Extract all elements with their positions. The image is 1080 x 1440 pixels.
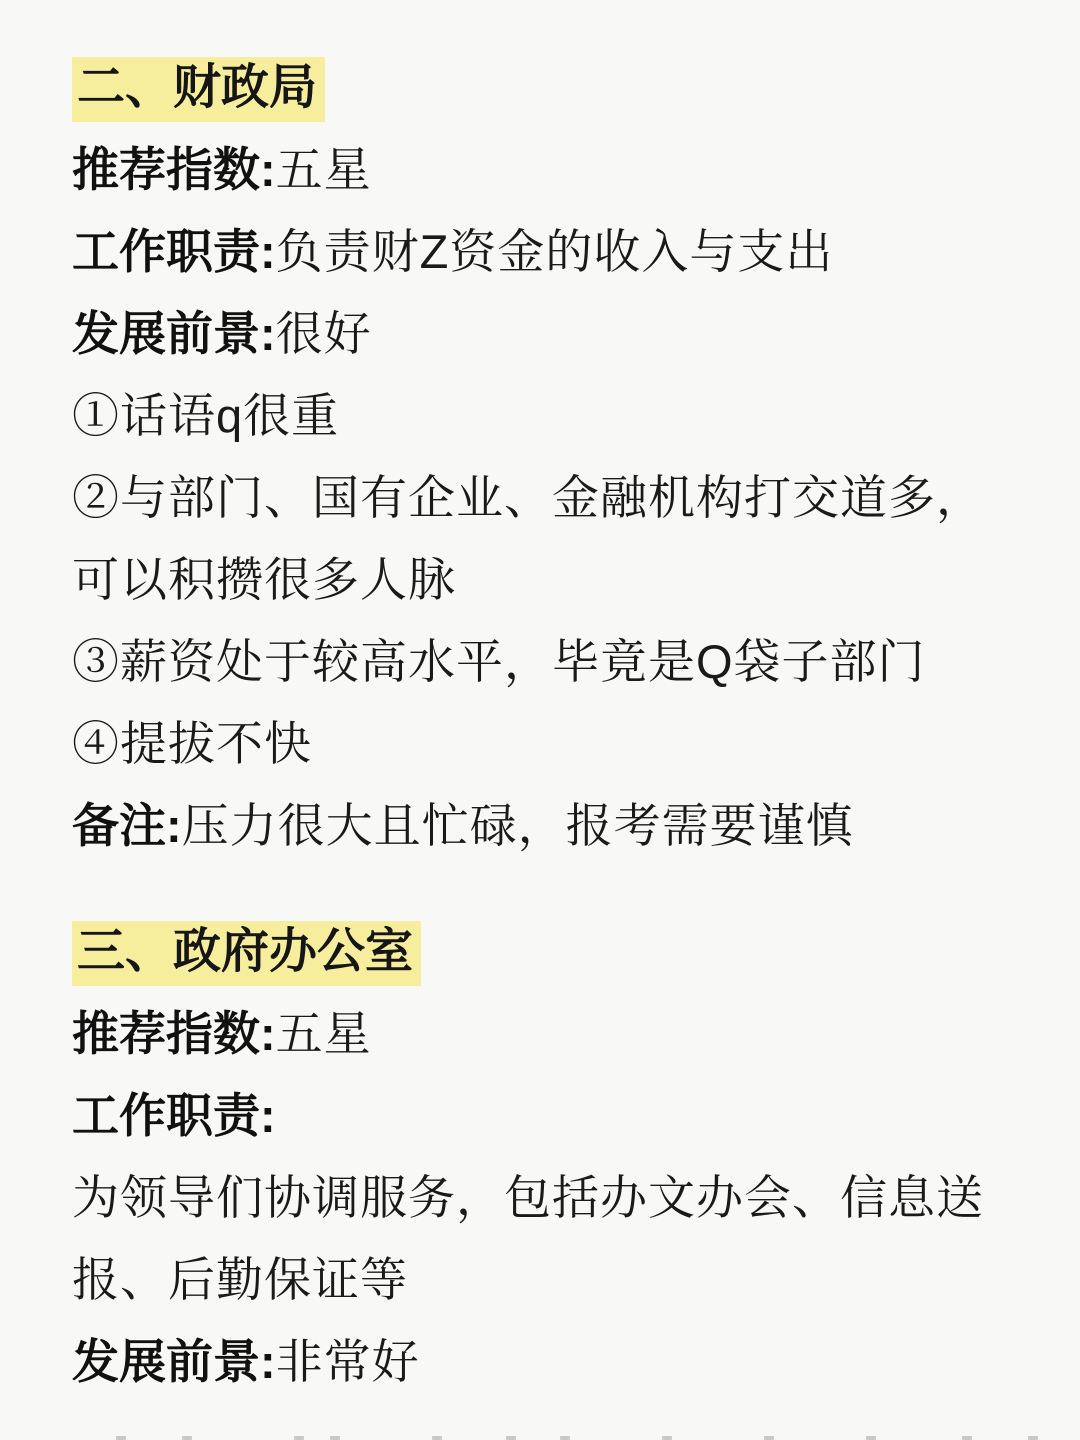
body-text: 为领导们协调服务，包括办文办会、信息送 bbox=[72, 1171, 984, 1224]
field-value: 五星 bbox=[276, 1007, 372, 1060]
section-heading-row: 二、财政局 bbox=[72, 57, 1040, 122]
body-text-line: ①话语q很重 bbox=[72, 388, 1040, 444]
body-text-line: 为领导们协调服务，包括办文办会、信息送 bbox=[72, 1170, 1040, 1226]
field-line: 备注:压力很大且忙碌，报考需要谨慎 bbox=[72, 798, 1040, 854]
field-label: 工作职责: bbox=[72, 225, 276, 278]
section-caizhengju: 二、财政局 推荐指数:五星 工作职责:负责财Z资金的收入与支出 发展前景:很好 … bbox=[72, 57, 1040, 854]
page: 二、财政局 推荐指数:五星 工作职责:负责财Z资金的收入与支出 发展前景:很好 … bbox=[0, 0, 1080, 1440]
body-text-line: 报、后勤保证等 bbox=[72, 1252, 1040, 1308]
field-label: 推荐指数: bbox=[72, 143, 276, 196]
clipped-text-fragment bbox=[506, 1436, 516, 1440]
field-value: 非常好 bbox=[276, 1335, 420, 1388]
clipped-next-line bbox=[0, 1436, 1080, 1440]
field-label: 发展前景: bbox=[72, 1335, 276, 1388]
section-heading: 二、财政局 bbox=[72, 57, 325, 122]
field-line: 发展前景:非常好 bbox=[72, 1334, 1040, 1390]
field-line: 工作职责:负责财Z资金的收入与支出 bbox=[72, 224, 1040, 280]
section-heading-row: 三、政府办公室 bbox=[72, 921, 1040, 986]
body-text-line: ④提拔不快 bbox=[72, 716, 1040, 772]
clipped-text-fragment bbox=[962, 1436, 972, 1440]
body-text-line: ③薪资处于较高水平，毕竟是Q袋子部门 bbox=[72, 634, 1040, 690]
field-line: 发展前景:很好 bbox=[72, 306, 1040, 362]
field-label: 工作职责: bbox=[72, 1089, 276, 1142]
clipped-text-fragment bbox=[866, 1436, 876, 1440]
clipped-text-fragment bbox=[432, 1436, 442, 1440]
field-label: 推荐指数: bbox=[72, 1007, 276, 1060]
body-text: 报、后勤保证等 bbox=[72, 1253, 408, 1306]
body-text: ①话语q很重 bbox=[72, 389, 339, 442]
body-text: ③薪资处于较高水平，毕竟是Q袋子部门 bbox=[72, 635, 926, 688]
clipped-text-fragment bbox=[1028, 1436, 1038, 1440]
body-text: ②与部门、国有企业、金融机构打交道多， bbox=[72, 471, 984, 524]
body-text-line: ②与部门、国有企业、金融机构打交道多， bbox=[72, 470, 1040, 526]
field-line: 推荐指数:五星 bbox=[72, 142, 1040, 198]
field-value: 负责财Z资金的收入与支出 bbox=[276, 225, 834, 278]
field-line: 工作职责: bbox=[72, 1088, 1040, 1144]
clipped-text-fragment bbox=[116, 1436, 126, 1440]
section-zhengfubangongshi: 三、政府办公室 推荐指数:五星 工作职责: 为领导们协调服务，包括办文办会、信息… bbox=[72, 921, 1040, 1390]
clipped-text-fragment bbox=[330, 1436, 340, 1440]
field-value: 很好 bbox=[276, 307, 372, 360]
body-text: 可以积攒很多人脉 bbox=[72, 553, 456, 606]
clipped-text-fragment bbox=[294, 1436, 304, 1440]
clipped-text-fragment bbox=[182, 1436, 192, 1440]
field-line: 推荐指数:五星 bbox=[72, 1006, 1040, 1062]
field-value: 五星 bbox=[276, 143, 372, 196]
body-text: ④提拔不快 bbox=[72, 717, 312, 770]
field-label: 备注: bbox=[72, 799, 182, 852]
clipped-text-fragment bbox=[764, 1436, 774, 1440]
clipped-text-fragment bbox=[560, 1436, 570, 1440]
body-text-line: 可以积攒很多人脉 bbox=[72, 552, 1040, 608]
section-heading: 三、政府办公室 bbox=[72, 921, 421, 986]
field-value: 压力很大且忙碌，报考需要谨慎 bbox=[182, 799, 854, 852]
field-label: 发展前景: bbox=[72, 307, 276, 360]
clipped-text-fragment bbox=[662, 1436, 672, 1440]
